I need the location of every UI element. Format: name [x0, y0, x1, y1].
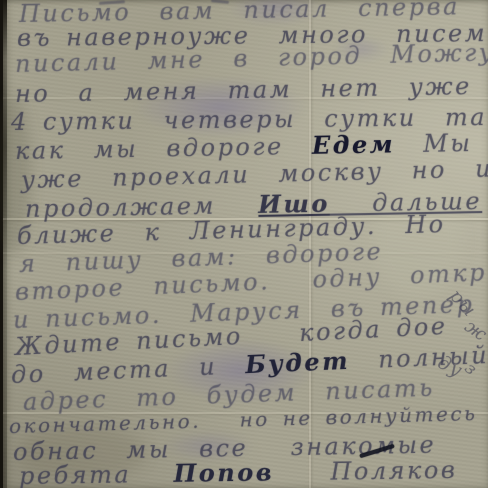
paper-edge-shadow [3, 0, 7, 488]
line-text-emphasis: Будет [245, 346, 351, 379]
letter-line: ребята Попов Поляков [19, 455, 458, 488]
letter-photograph: Письмо вам писал сперва въ наверноуже мн… [0, 0, 488, 488]
line-text: Поляков [274, 456, 458, 487]
line-text: ребята [19, 460, 174, 488]
line-text-emphasis: Попов [173, 457, 274, 487]
letter-paper: Письмо вам писал сперва въ наверноуже мн… [3, 0, 488, 488]
line-text-emphasis: Едем [312, 129, 396, 159]
letter-line: но а меня там нет уже [15, 72, 472, 108]
line-text: Мы [395, 129, 473, 158]
line-text: но а меня там нет уже [15, 72, 472, 108]
